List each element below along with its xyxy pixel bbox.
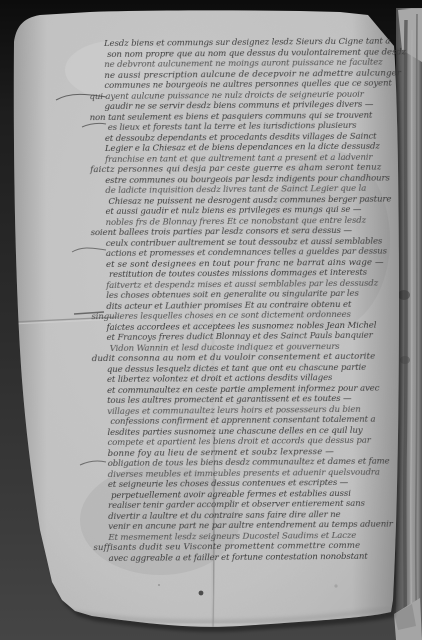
- ink-dot-stain: [199, 591, 204, 596]
- small-speck: [334, 584, 337, 587]
- manuscript-text: Lesdz biens et commungs sur designez les…: [104, 36, 403, 564]
- small-speck: [158, 584, 160, 586]
- scanned-manuscript-photo: Lesdz biens et commungs sur designez les…: [0, 0, 422, 640]
- fore-edge-gutter-shadow: [405, 20, 406, 638]
